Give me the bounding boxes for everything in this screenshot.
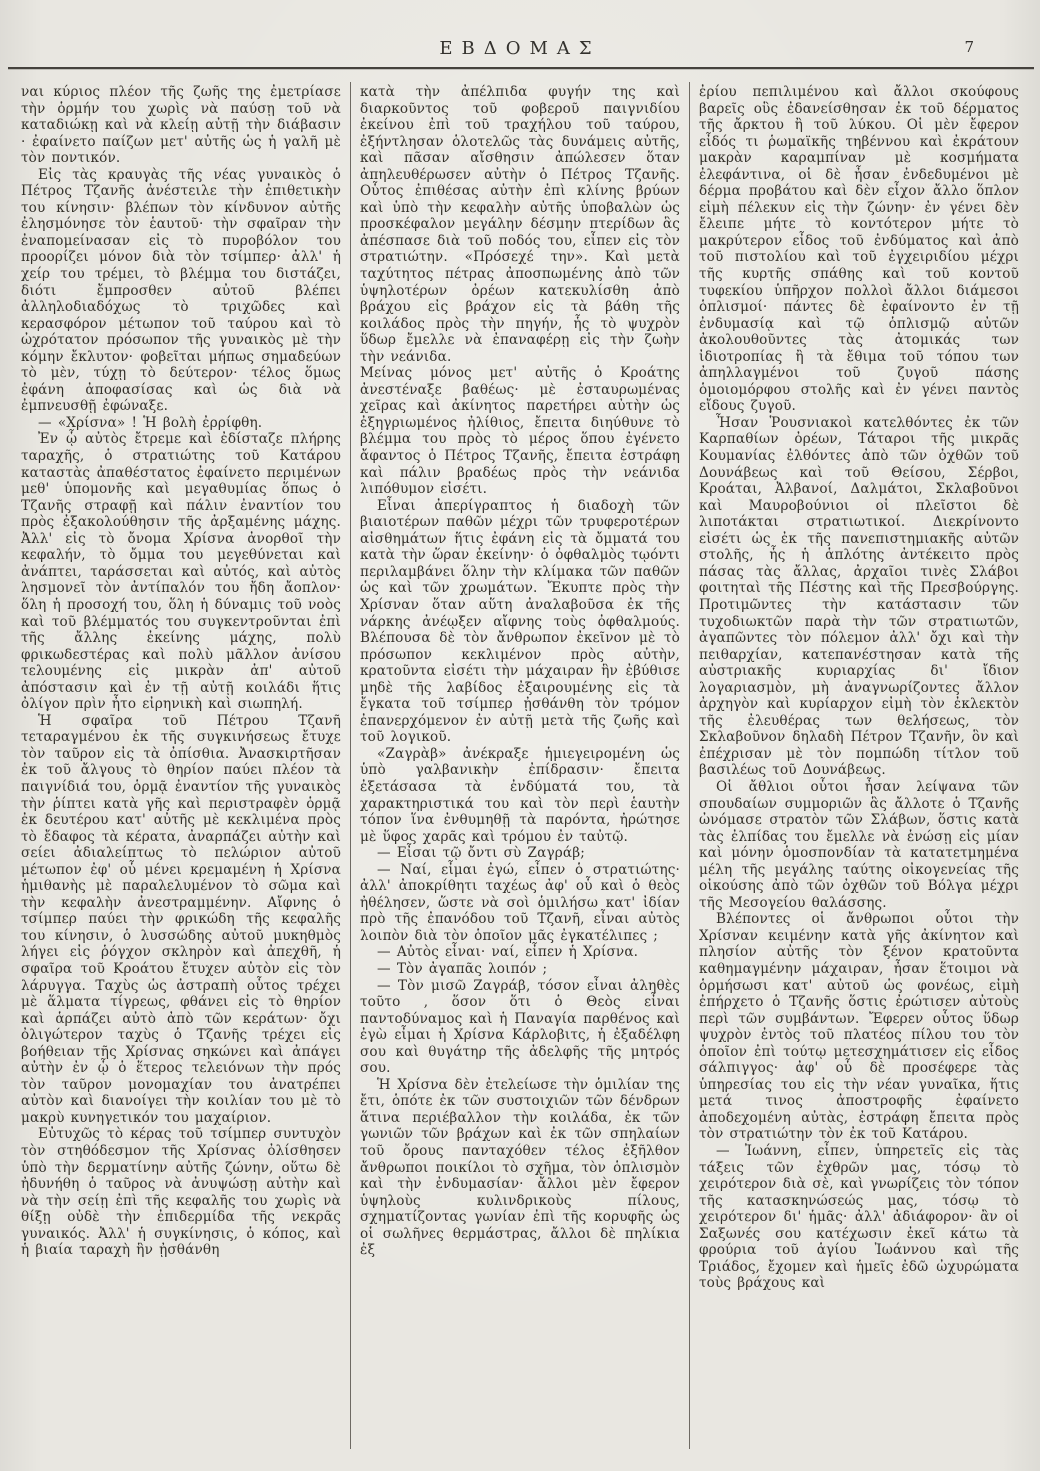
paragraph: — Αὐτὸς εἶναι· ναί, εἶπεν ἡ Χρίσνα. <box>360 944 680 961</box>
paragraph: Ἡ σφαῖρα τοῦ Πέτρου Τζανῆ τεταραγμένου ἐ… <box>21 713 341 1127</box>
paragraph: Εἰς τὰς κραυγὰς τῆς νέας γυναικὸς ὁ Πέτρ… <box>21 167 341 415</box>
page-number: 7 <box>964 38 974 56</box>
paragraph: — Τὸν μισῶ Ζαγράβ, τόσον εἶναι ἀληθὲς το… <box>360 978 680 1077</box>
paragraph: — Ναί, εἶμαι ἐγώ, εἶπεν ὁ στρατιώτης· ἀλ… <box>360 862 680 945</box>
paragraph: ναι κύριος πλέον τῆς ζωῆς της ἐμετρίασε … <box>21 84 341 167</box>
paragraph: κατὰ τὴν ἀπέλπιδα φυγήν της καὶ διαρκοῦν… <box>360 84 680 365</box>
paragraph: Ἡ Χρίσνα δὲν ἐτελείωσε τὴν ὁμιλίαν της ἔ… <box>360 1077 680 1259</box>
paragraph: Ἐν ᾧ αὐτὸς ἔτρεμε καὶ ἐδίσταζε πλήρης τα… <box>21 431 341 712</box>
paragraph: ἐρίου πεπιλιμένου καὶ ἄλλοι σκούφους βαρ… <box>699 84 1019 415</box>
paragraph: — «Χρίσνα» ! Ἡ βολὴ ἐρρίφθη. <box>21 415 341 432</box>
text-column-3: ἐρίου πεπιλιμένου καὶ ἄλλοι σκούφους βαρ… <box>689 82 1028 1449</box>
text-columns: ναι κύριος πλέον τῆς ζωῆς της ἐμετρίασε … <box>12 82 1028 1449</box>
newspaper-title: ΕΒΔΟΜΑΣ <box>0 38 1040 59</box>
paragraph: — Τὸν ἀγαπᾶς λοιπόν ; <box>360 961 680 978</box>
paragraph: Εὐτυχῶς τὸ κέρας τοῦ τσίμπερ συντυχὸν τὸ… <box>21 1126 341 1258</box>
text-column-2: κατὰ τὴν ἀπέλπιδα φυγήν της καὶ διαρκοῦν… <box>350 82 689 1449</box>
paragraph: Εἶναι ἀπερίγραπτος ἡ διαδοχὴ τῶν βιαιοτέ… <box>360 498 680 746</box>
paragraph: — Ἰωάννη, εἶπεν, ὑπηρετεῖς εἰς τὰς τάξει… <box>699 1143 1019 1292</box>
paragraph: «Ζαγρὰβ» ἀνέκραξε ἡμιεγειρομένη ὡς ὑπὸ γ… <box>360 746 680 845</box>
header-rule <box>8 67 1034 69</box>
paragraph: — Εἶσαι τῷ ὄντι σὺ Ζαγράβ; <box>360 845 680 862</box>
paragraph: Βλέποντες οἱ ἄνθρωποι οὗτοι τὴν Χρίσναν … <box>699 911 1019 1143</box>
paragraph: Οἱ ἄθλιοι οὗτοι ἦσαν λείψανα τῶν σπουδαί… <box>699 779 1019 911</box>
paragraph: Μείνας μόνος μετ' αὐτῆς ὁ Κροάτης ἀνεστέ… <box>360 365 680 497</box>
paragraph: Ἦσαν Ῥουσνιακοὶ κατελθόντες ἐκ τῶν Καρπα… <box>699 415 1019 779</box>
newspaper-page: ΕΒΔΟΜΑΣ 7 ναι κύριος πλέον τῆς ζωῆς της … <box>0 0 1040 1471</box>
text-column-1: ναι κύριος πλέον τῆς ζωῆς της ἐμετρίασε … <box>12 82 350 1449</box>
